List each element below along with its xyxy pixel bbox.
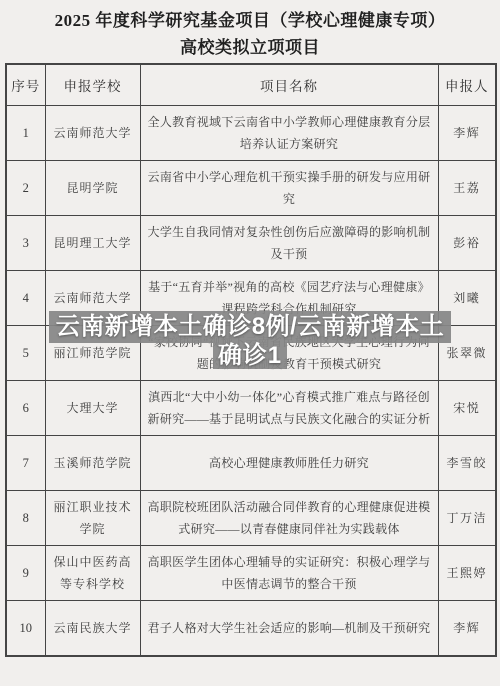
cell-applicant: 刘曦 [438, 271, 496, 326]
cell-project: 大学生自我同情对复杂性创伤后应激障碍的影响机制及干预 [140, 216, 438, 271]
cell-no: 9 [6, 546, 45, 601]
cell-no: 6 [6, 381, 45, 436]
cell-school: 大理大学 [45, 381, 140, 436]
cell-project: 高校心理健康教师胜任力研究 [140, 436, 438, 491]
cell-project: 基于“五育并举”视角的高校《园艺疗法与心理健康》课程跨学科合作机制研究 [140, 271, 438, 326]
cell-project: 高职院校班团队活动融合同伴教育的心理健康促进模式研究——以青春健康同伴社为实践载… [140, 491, 438, 546]
header-school: 申报学校 [45, 64, 140, 106]
table-header-row: 序号 申报学校 项目名称 申报人 [6, 64, 496, 106]
table-row: 2 昆明学院 云南省中小学心理危机干预实操手册的研发与应用研究 王荔 [6, 161, 496, 216]
cell-school: 昆明学院 [45, 161, 140, 216]
cell-no: 3 [6, 216, 45, 271]
cell-applicant: 王荔 [438, 161, 496, 216]
cell-school: 丽江职业技术学院 [45, 491, 140, 546]
table-row: 3 昆明理工大学 大学生自我同情对复杂性创伤后应激障碍的影响机制及干预 彭裕 [6, 216, 496, 271]
table-row: 4 云南师范大学 基于“五育并举”视角的高校《园艺疗法与心理健康》课程跨学科合作… [6, 271, 496, 326]
cell-school: 丽江师范学院 [45, 326, 140, 381]
cell-applicant: 李辉 [438, 601, 496, 656]
cell-school: 云南师范大学 [45, 106, 140, 161]
cell-no: 7 [6, 436, 45, 491]
page-title-line2: 高校类拟立项项目 [0, 34, 500, 61]
table-row: 7 玉溪师范学院 高校心理健康教师胜任力研究 李雪皎 [6, 436, 496, 491]
cell-applicant: 宋悦 [438, 381, 496, 436]
cell-no: 5 [6, 326, 45, 381]
table-row: 9 保山中医药高等专科学校 高职医学生团体心理辅导的实证研究：积极心理学与中医情… [6, 546, 496, 601]
cell-project: 高职医学生团体心理辅导的实证研究：积极心理学与中医情志调节的整合干预 [140, 546, 438, 601]
cell-project: 云南省中小学心理危机干预实操手册的研发与应用研究 [140, 161, 438, 216]
table-row: 1 云南师范大学 全人教育视域下云南省中小学教师心理健康教育分层培养认证方案研究… [6, 106, 496, 161]
cell-school: 云南师范大学 [45, 271, 140, 326]
projects-table: 序号 申报学校 项目名称 申报人 1 云南师范大学 全人教育视域下云南省中小学教… [5, 63, 497, 657]
cell-school: 玉溪师范学院 [45, 436, 140, 491]
cell-no: 10 [6, 601, 45, 656]
table-row: 8 丽江职业技术学院 高职院校班团队活动融合同伴教育的心理健康促进模式研究——以… [6, 491, 496, 546]
cell-applicant: 王熙婷 [438, 546, 496, 601]
header-project: 项目名称 [140, 64, 438, 106]
cell-project: 君子人格对大学生社会适应的影响—机制及干预研究 [140, 601, 438, 656]
cell-project: 全人教育视域下云南省中小学教师心理健康教育分层培养认证方案研究 [140, 106, 438, 161]
cell-no: 4 [6, 271, 45, 326]
cell-school: 云南民族大学 [45, 601, 140, 656]
cell-applicant: 李雪皎 [438, 436, 496, 491]
table-row: 10 云南民族大学 君子人格对大学生社会适应的影响—机制及干预研究 李辉 [6, 601, 496, 656]
cell-no: 2 [6, 161, 45, 216]
cell-applicant: 丁万洁 [438, 491, 496, 546]
cell-no: 8 [6, 491, 45, 546]
header-applicant: 申报人 [438, 64, 496, 106]
document-title: 2025 年度科学研究基金项目（学校心理健康专项） 高校类拟立项项目 [0, 0, 500, 61]
cell-school: 昆明理工大学 [45, 216, 140, 271]
cell-no: 1 [6, 106, 45, 161]
table-row: 5 丽江师范学院 “家校协同”视域下云南省民族地区大学生心理行为问题的影响机制及… [6, 326, 496, 381]
cell-project: “家校协同”视域下云南省民族地区大学生心理行为问题的影响机制及教育干预模式研究 [140, 326, 438, 381]
cell-project: 滇西北“大中小幼一体化”心育模式推广难点与路径创新研究——基于昆明试点与民族文化… [140, 381, 438, 436]
cell-school: 保山中医药高等专科学校 [45, 546, 140, 601]
table-body: 1 云南师范大学 全人教育视域下云南省中小学教师心理健康教育分层培养认证方案研究… [6, 106, 496, 656]
table-row: 6 大理大学 滇西北“大中小幼一体化”心育模式推广难点与路径创新研究——基于昆明… [6, 381, 496, 436]
header-no: 序号 [6, 64, 45, 106]
cell-applicant: 张翠微 [438, 326, 496, 381]
cell-applicant: 彭裕 [438, 216, 496, 271]
page-title-line1: 2025 年度科学研究基金项目（学校心理健康专项） [0, 7, 500, 34]
cell-applicant: 李辉 [438, 106, 496, 161]
